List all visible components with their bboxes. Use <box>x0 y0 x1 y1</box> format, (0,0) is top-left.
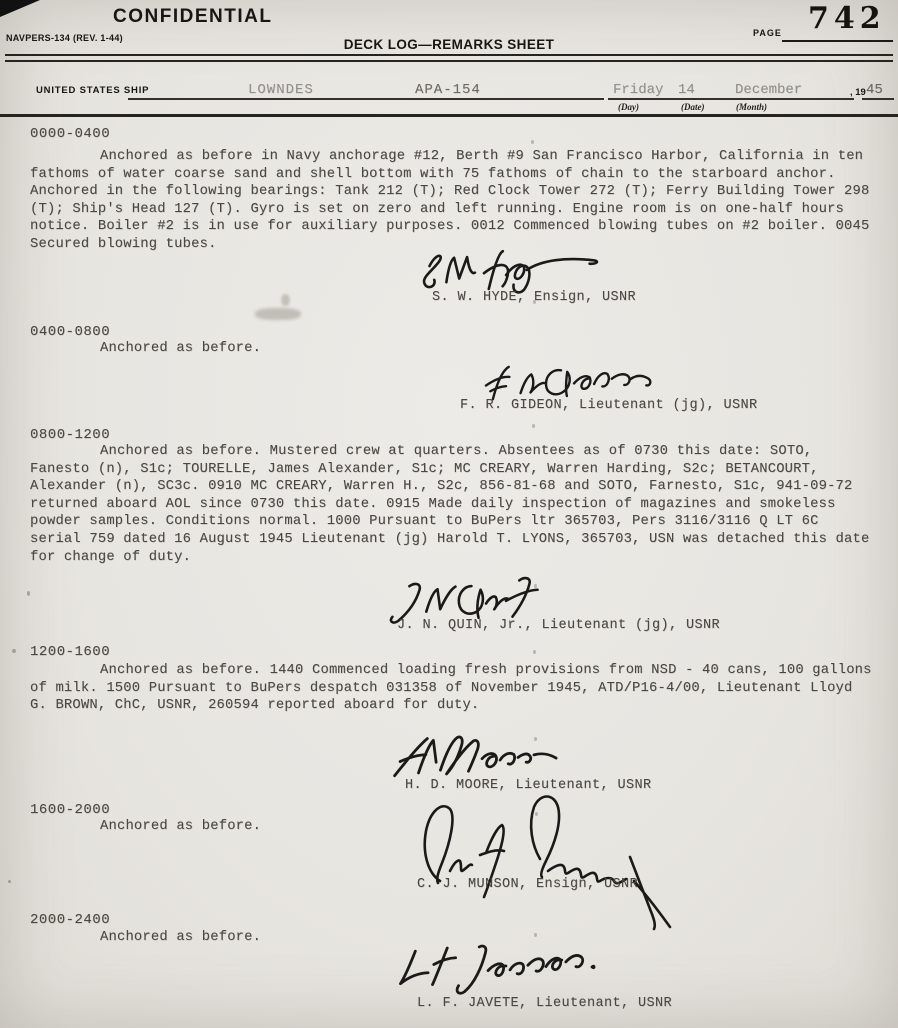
deck-log-remarks-sheet: CONFIDENTIAL 742 PAGE NAVPERS-134 (REV. … <box>0 0 898 1028</box>
watch-period-heading: 0000-0400 <box>30 126 110 142</box>
scan-corner-artifact <box>0 0 40 17</box>
sheet-title: DECK LOG—REMARKS SHEET <box>0 37 898 52</box>
month-value: December <box>735 82 802 98</box>
paper-speck <box>27 591 30 596</box>
crease-dot <box>533 650 536 654</box>
page-number: 742 <box>808 1 886 36</box>
watch-period-heading: 1200-1600 <box>30 644 110 660</box>
header-heavy-rule <box>0 114 898 117</box>
log-entry-text: Anchored as before in Navy anchorage #12… <box>30 148 875 254</box>
date-caption: (Date) <box>681 102 705 112</box>
year-value: 45 <box>866 82 883 98</box>
day-value: Friday <box>613 82 663 98</box>
month-caption: (Month) <box>736 102 767 112</box>
crease-dot <box>531 140 534 144</box>
signature-typed-name: F. R. GIDEON, Lieutenant (jg), USNR <box>460 398 758 413</box>
hull-number-value: APA-154 <box>415 82 481 98</box>
date-value: 14 <box>678 82 695 98</box>
watch-period-heading: 2000-2400 <box>30 912 110 928</box>
day-caption: (Day) <box>618 102 639 112</box>
signature-typed-name: S. W. HYDE, Ensign, USNR <box>432 290 636 305</box>
signature-typed-name: H. D. MOORE, Lieutenant, USNR <box>405 778 652 793</box>
log-entry-text: Anchored as before. 1440 Commenced loadi… <box>30 662 875 715</box>
signature-typed-name: C. J. MUNSON, Ensign, USNR <box>417 877 638 892</box>
classification-stamp: CONFIDENTIAL <box>113 6 272 28</box>
date-line <box>608 98 854 100</box>
signature-typed-name: L. F. JAVETE, Lieutenant, USNR <box>417 996 672 1011</box>
signature-javete <box>395 932 617 1005</box>
paper-speck <box>8 880 11 883</box>
watch-period-heading: 0800-1200 <box>30 427 110 443</box>
log-entry-text: Anchored as before. <box>30 340 875 358</box>
log-entry-text: Anchored as before. Mustered crew at qua… <box>30 443 875 566</box>
year-line <box>862 98 894 100</box>
year-prefix: , 19 <box>850 87 866 98</box>
ink-bleed-mark <box>281 294 290 306</box>
crease-dot <box>532 424 535 428</box>
ship-name-line <box>128 98 604 100</box>
watch-period-heading: 0400-0800 <box>30 324 110 340</box>
ship-label: UNITED STATES SHIP <box>36 85 149 96</box>
signature-typed-name: J. N. QUIN, Jr., Lieutenant (jg), USNR <box>397 618 720 633</box>
ship-name-value: LOWNDES <box>248 82 314 98</box>
paper-speck <box>12 649 16 653</box>
ink-bleed-smudge <box>255 308 301 320</box>
header-double-rule <box>5 54 893 62</box>
watch-period-heading: 1600-2000 <box>30 802 110 818</box>
signature-munson <box>398 793 698 938</box>
